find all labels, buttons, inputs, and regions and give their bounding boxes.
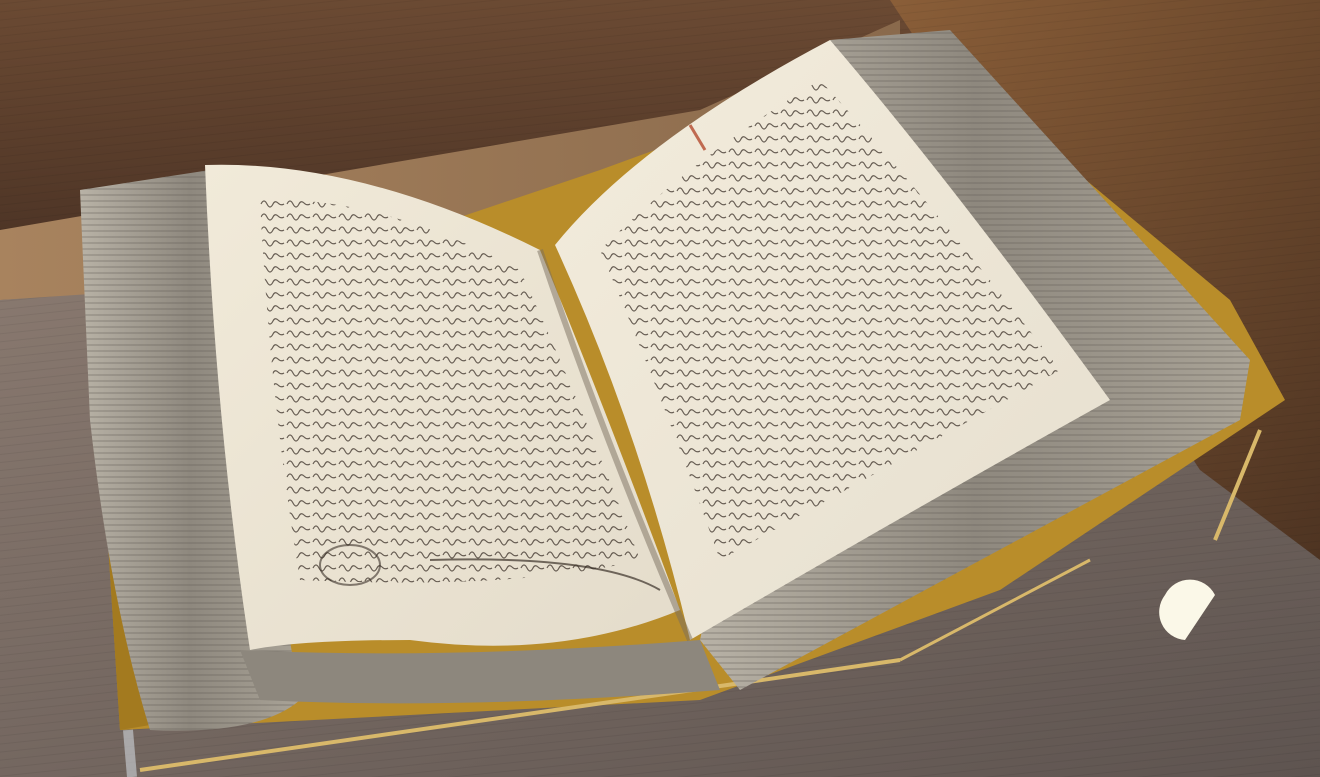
photo-scene	[0, 0, 1320, 777]
